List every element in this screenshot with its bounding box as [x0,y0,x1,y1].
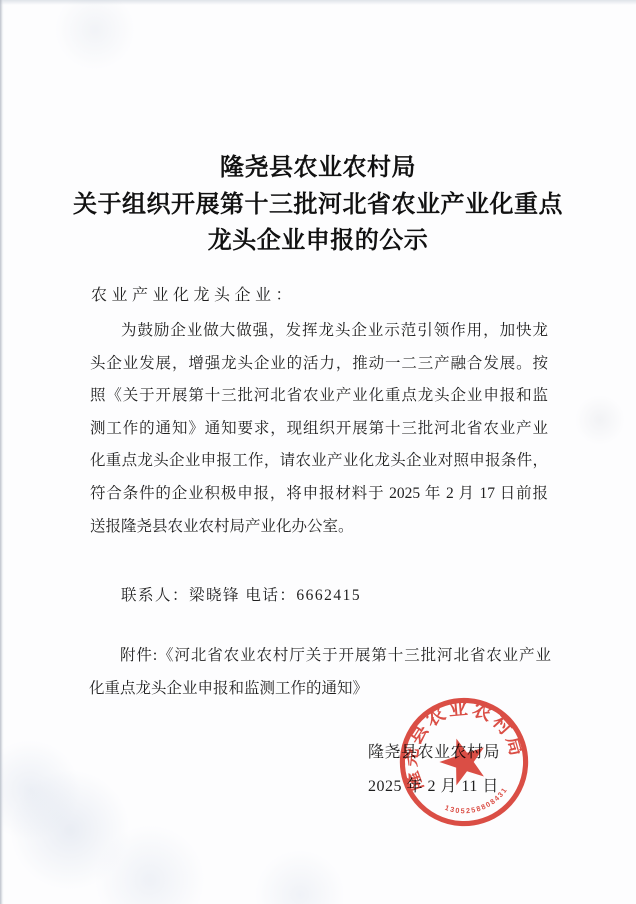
document-title: 隆尧县农业农村局 关于组织开展第十三批河北省农业产业化重点 龙头企业申报的公示 [0,150,636,260]
signature-date: 2025 年 2 月 11 日 [368,770,500,804]
body-line: 化重点龙头企业申报工作，请农业产业化龙头企业对照申报条件， [90,445,548,478]
body-line: 符合条件的企业积极申报，将申报材料于 2025 年 2 月 17 日前报 [90,478,548,511]
attachment-block: 附件:《河北省农业农村厅关于开展第十三批河北省农业产业 化重点龙头企业申报和监测… [89,640,551,705]
title-line-1: 隆尧县农业农村局 [0,150,636,187]
body-line: 为鼓励企业做大做强，发挥龙头企业示范引领作用，加快龙 [90,315,548,348]
document-page: 隆尧县农业农村局 关于组织开展第十三批河北省农业产业化重点 龙头企业申报的公示 … [0,0,636,904]
body-line: 送报隆尧县农业农村局产业化办公室。 [90,511,548,544]
body-line: 头企业发展，增强龙头企业的活力，推动一二三产融合发展。按 [90,348,548,381]
signature-block: 隆尧县农业农村局 2025 年 2 月 11 日 [368,736,500,804]
salutation: 农业产业化龙头企业： [91,283,296,309]
contact-line: 联系人：梁晓锋 电话：6662415 [90,580,548,613]
attachment-line: 附件:《河北省农业农村厅关于开展第十三批河北省农业产业 [89,640,551,673]
title-line-2: 关于组织开展第十三批河北省农业产业化重点 [0,187,636,224]
scan-edge-left [0,0,4,904]
body-paragraph: 为鼓励企业做大做强，发挥龙头企业示范引领作用，加快龙 头企业发展，增强龙头企业的… [90,315,548,543]
body-line: 测工作的通知》通知要求，现组织开展第十三批河北省农业产业 [90,413,548,446]
body-line: 照《关于开展第十三批河北省农业产业化重点龙头企业申报和监 [90,380,548,413]
attachment-line: 化重点龙头企业申报和监测工作的通知》 [89,673,551,706]
scan-edge-top [0,0,636,5]
title-line-3: 龙头企业申报的公示 [0,223,636,260]
signature-org: 隆尧县农业农村局 [368,736,500,770]
